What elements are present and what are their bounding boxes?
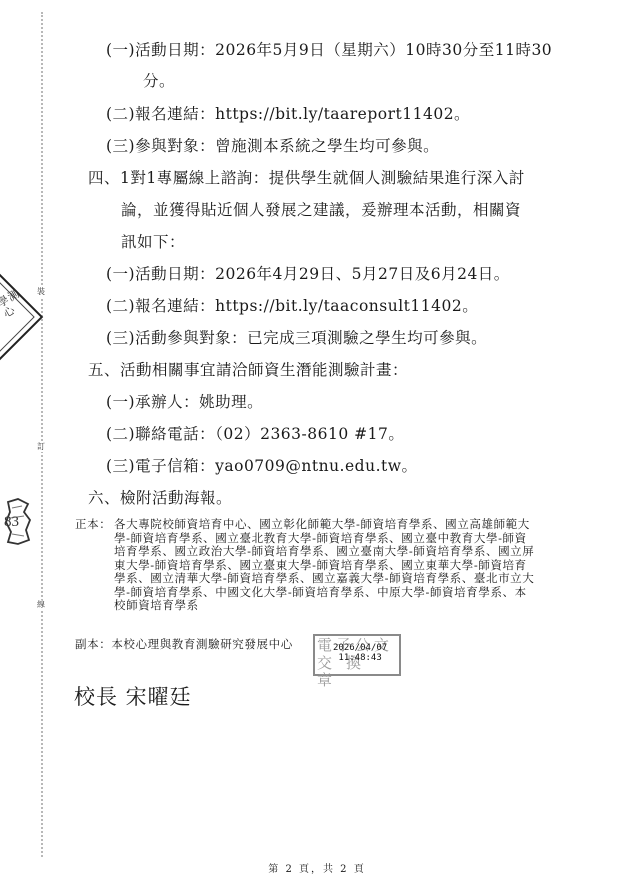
signup-link[interactable]: 報名連結：https://bit.ly/taareport11402。 (135, 105, 470, 123)
item-3-2: (二)報名連結：https://bit.ly/taareport11402。 (106, 102, 470, 124)
section-6-title: 六、檢附活動海報。 (88, 486, 232, 508)
item-text: 活動參與對象：已完成三項測驗之學生均可參與。 (135, 329, 487, 347)
recipients-line: 學-師資培育學系、中國文化大學-師資培育學系、中原大學-師資培育學系、本 (114, 586, 534, 600)
email-link[interactable]: 電子信箱：yao0709@ntnu.edu.tw。 (135, 457, 417, 475)
item-text: 參與對象：曾施測本系統之學生均可參與。 (135, 137, 439, 155)
copy-label: 副本： (75, 637, 111, 651)
section-4-line-1: 四、1對1專屬線上諮詢：提供學生就個人測驗結果進行深入討 (88, 166, 525, 188)
main-recipients-list: 各大專院校師資培育中心、國立彰化師範大學-師資培育學系、國立高雄師範大 學-師資… (114, 518, 534, 613)
stamp-time: 11:48:43 (333, 653, 387, 663)
item-text: 活動日期：2026年4月29日、5月27日及6月24日。 (135, 265, 510, 283)
page-seal-number: 83 (4, 514, 19, 531)
item-label: (二) (106, 297, 135, 315)
copy-recipients: 副本：本校心理與教育測驗研究發展中心 (75, 638, 293, 652)
recipients-line: 校師資培育學系 (114, 599, 534, 613)
section-text: 1對1專屬線上諮詢：提供學生就個人測驗結果進行深入討 (120, 169, 525, 187)
binding-label-top: 裝 (37, 287, 45, 297)
item-3-1: (一)活動日期：2026年5月9日（星期六）10時30分至11時30 (106, 38, 552, 60)
stamp-datetime: 2026/04/07 11:48:43 (333, 643, 387, 663)
recipients-line: 學-師資培育學系、國立臺北教育大學-師資培育學系、國立臺中教育大學-師資 (114, 532, 534, 546)
recipients-line: 學系、國立清華大學-師資培育學系、國立嘉義大學-師資培育學系、臺北市立大 (114, 572, 534, 586)
item-label: (三) (106, 137, 135, 155)
copy-text: 本校心理與教育測驗研究發展中心 (111, 637, 293, 651)
item-label: (三) (106, 329, 135, 347)
item-3-3: (三)參與對象：曾施測本系統之學生均可參與。 (106, 134, 439, 156)
item-label: (一) (106, 265, 135, 283)
section-4-line-2: 論，並獲得貼近個人發展之建議，爰辦理本活動，相關資 (121, 198, 521, 220)
binding-label-bottom: 線 (37, 600, 45, 610)
main-recipients-label: 正本： (75, 518, 111, 532)
recipients-line: 東大學-師資培育學系、國立臺東大學-師資培育學系、國立東華大學-師資培育 (114, 559, 534, 573)
item-4-3: (三)活動參與對象：已完成三項測驗之學生均可參與。 (106, 326, 487, 348)
item-label: (三) (106, 457, 135, 475)
item-4-1: (一)活動日期：2026年4月29日、5月27日及6月24日。 (106, 262, 510, 284)
section-4-line-3: 訊如下： (121, 230, 185, 252)
item-text: 承辦人：姚助理。 (135, 393, 263, 411)
item-label: (二) (106, 425, 135, 443)
section-5-title: 五、活動相關事宜請洽師資生潛能測驗計畫： (88, 358, 408, 380)
binding-label-middle: 訂 (37, 442, 45, 452)
item-label: (二) (106, 105, 135, 123)
item-5-1: (一)承辦人：姚助理。 (106, 390, 263, 412)
stamp-date: 2026/04/07 (333, 643, 387, 653)
principal-signature: 校長 宋曜廷 (74, 681, 192, 711)
item-5-3: (三)電子信箱：yao0709@ntnu.edu.tw。 (106, 454, 418, 476)
recipients-line: 各大專院校師資培育中心、國立彰化師範大學-師資培育學系、國立高雄師範大 (114, 518, 534, 532)
item-3-1-cont: 分。 (143, 69, 175, 91)
item-label: (一) (106, 41, 135, 59)
item-text: 活動日期：2026年5月9日（星期六）10時30分至11時30 (135, 41, 552, 59)
recipients-line: 培育學系、國立政治大學-師資培育學系、國立臺南大學-師資培育學系、國立屏 (114, 545, 534, 559)
consult-link[interactable]: 報名連結：https://bit.ly/taaconsult11402。 (135, 297, 478, 315)
document-exchange-stamp: 電子公文 交換章 2026/04/07 11:48:43 (313, 634, 401, 676)
section-number: 四、 (88, 169, 120, 187)
section-number: 六、 (88, 489, 120, 507)
section-number: 五、 (88, 361, 120, 379)
section-text: 活動相關事宜請洽師資生潛能測驗計畫： (120, 361, 408, 379)
section-text: 檢附活動海報。 (120, 489, 232, 507)
item-4-2: (二)報名連結：https://bit.ly/taaconsult11402。 (106, 294, 478, 316)
phone-text: 聯絡電話：（02）2363-8610 #17。 (135, 425, 404, 443)
item-label: (一) (106, 393, 135, 411)
item-5-2: (二)聯絡電話：（02）2363-8610 #17。 (106, 422, 404, 444)
binding-dotted-line (41, 12, 43, 857)
page-footer: 第 2 頁，共 2 頁 (0, 860, 634, 875)
